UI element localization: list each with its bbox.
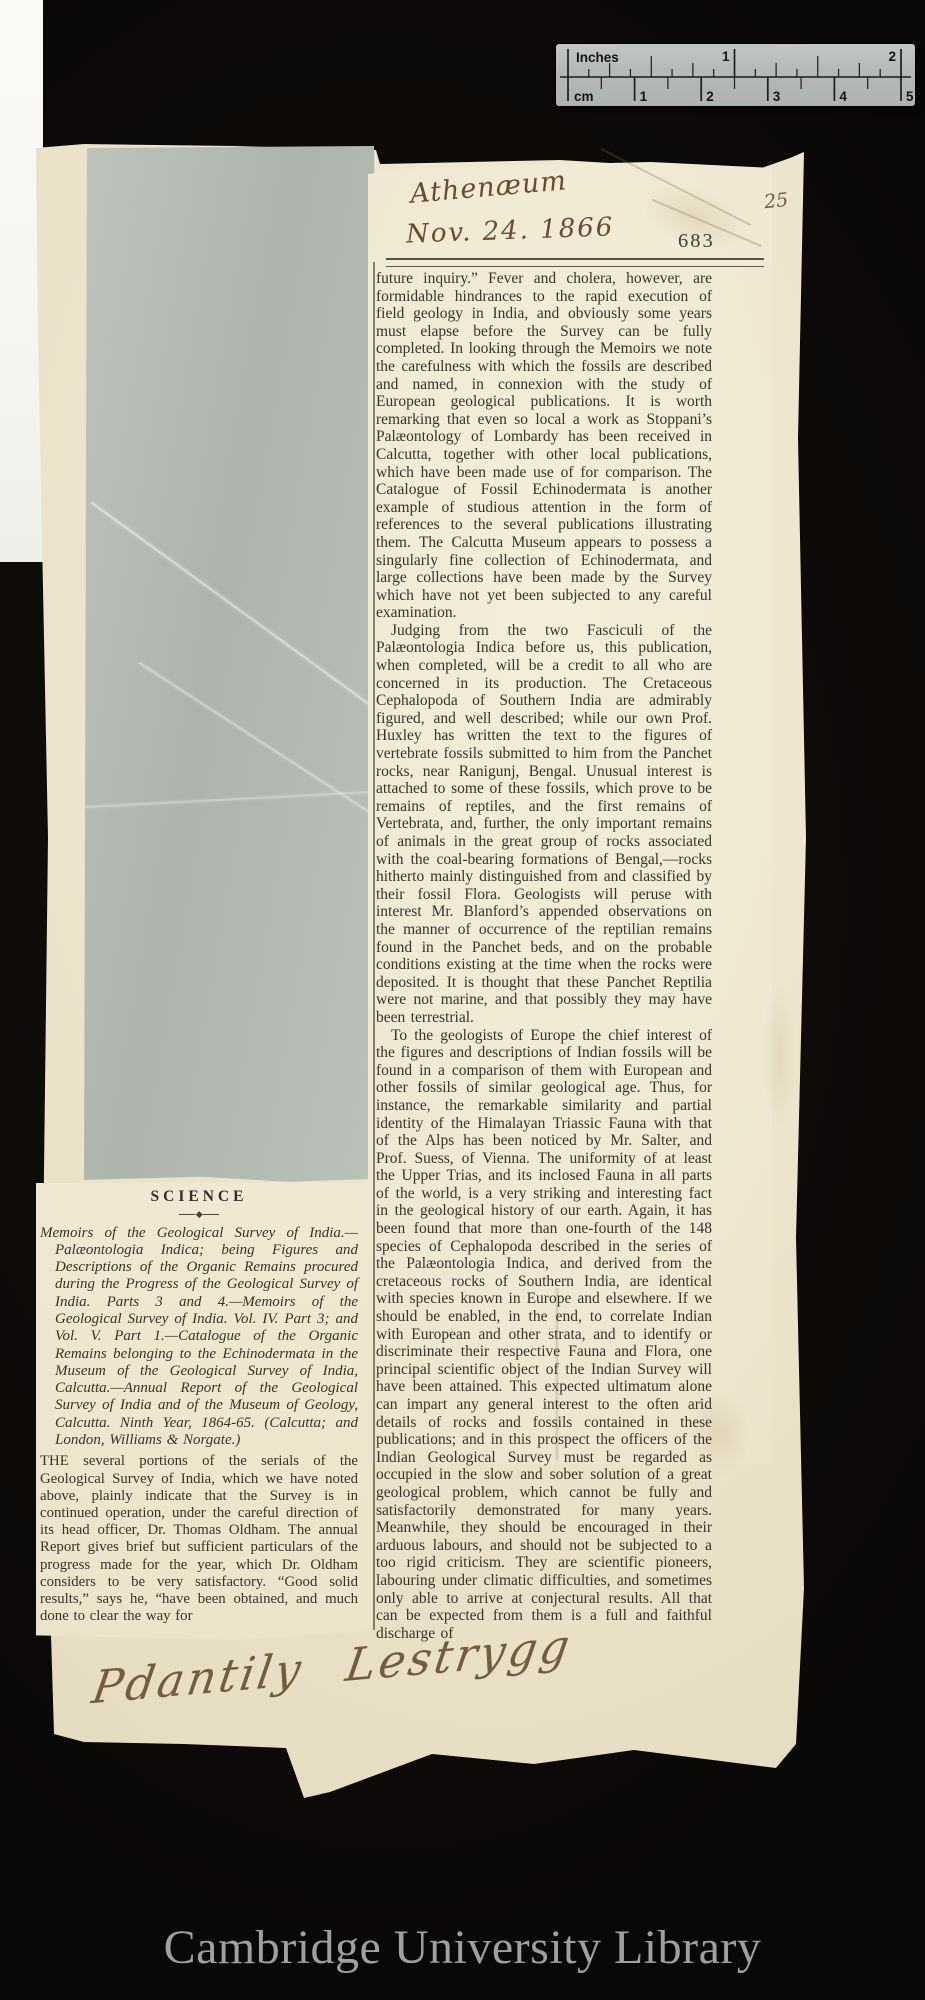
ruler-cm-number: 1 xyxy=(640,89,648,104)
scanned-document: 12Inches12345cm Athenæum Nov. 24. 1866 2… xyxy=(0,0,925,2000)
right-column-text: future inquiry.” Fever and cholera, howe… xyxy=(376,270,712,1642)
left-column-text: SCIENCE Memoirs of the Geological Survey… xyxy=(40,1188,358,1625)
measurement-ruler: 12Inches12345cm xyxy=(556,44,915,106)
tissue-crease xyxy=(91,502,377,733)
interleaf-page-edge xyxy=(0,0,43,562)
ruler-svg: 12Inches12345cm xyxy=(556,44,915,106)
column-rule xyxy=(373,262,375,1630)
ruler-cm-number: 3 xyxy=(773,89,781,104)
bibliography-paragraph: Memoirs of the Geological Survey of Indi… xyxy=(40,1225,358,1450)
handwritten-folio-number: 25 xyxy=(763,189,789,213)
library-watermark: Cambridge University Library xyxy=(0,1920,925,1975)
ruler-inch-number: 2 xyxy=(888,49,896,64)
ruler-inches-label: Inches xyxy=(576,50,619,65)
tissue-crease xyxy=(138,662,377,833)
paragraph: Judging from the two Fasciculi of the Pa… xyxy=(376,622,712,1027)
ruler-inch-number: 1 xyxy=(722,49,730,64)
printed-page-number: 683 xyxy=(678,230,715,253)
heading-divider xyxy=(40,1212,358,1217)
paragraph: future inquiry.” Fever and cholera, howe… xyxy=(376,270,712,622)
section-heading: SCIENCE xyxy=(40,1188,358,1206)
ruler-cm-label: cm xyxy=(574,89,594,104)
ruler-cm-number: 4 xyxy=(839,89,847,104)
review-paragraph: THE several portions of the serials of t… xyxy=(40,1453,358,1625)
paragraph: To the geologists of Europe the chief in… xyxy=(376,1027,712,1643)
ruler-cm-number: 5 xyxy=(906,89,914,104)
ruler-cm-number: 2 xyxy=(706,89,714,104)
tissue-guard xyxy=(84,146,377,1184)
tissue-crease xyxy=(84,789,377,808)
header-double-rule xyxy=(386,258,764,267)
